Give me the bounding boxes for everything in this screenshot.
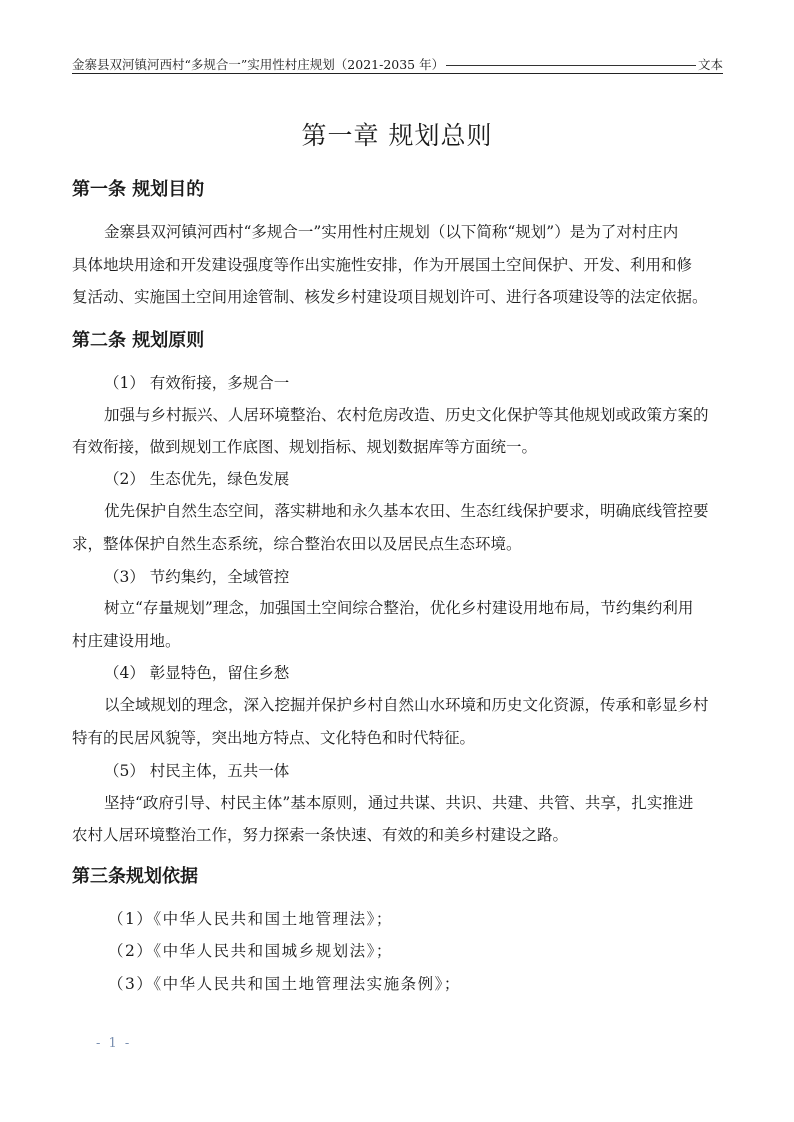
reference-item-1: （1）《中华人民共和国土地管理法》； <box>108 908 393 930</box>
article-1-heading: 第一条 规划目的 <box>72 178 204 202</box>
principle-3-line-2: 村庄建设用地。 <box>72 630 181 652</box>
running-header: 金寨县双河镇河西村“多规合一”实用性村庄规划（2021-2035 年） 文本 <box>72 56 723 74</box>
article-1-line-3: 复活动、实施国土空间用途管制、核发乡村建设项目规划许可、进行各项建设等的法定依据… <box>72 286 708 308</box>
principle-2-label: （2） 生态优先，绿色发展 <box>104 468 289 490</box>
principle-1-label: （1） 有效衔接，多规合一 <box>104 372 289 394</box>
header-leader-line <box>446 56 696 73</box>
article-1-line-1: 金寨县双河镇河西村“多规合一”实用性村庄规划（以下简称“规划”）是为了对村庄内 <box>104 221 678 243</box>
article-3-heading: 第三条规划依据 <box>72 865 198 889</box>
principle-1-line-2: 有效衔接，做到规划工作底图、规划指标、规划数据库等方面统一。 <box>72 436 537 458</box>
principle-2-line-1: 优先保护自然生态空间，落实耕地和永久基本农田、生态红线保护要求，明确底线管控要 <box>104 500 709 522</box>
header-doc-type: 文本 <box>698 56 723 73</box>
chapter-title: 第一章 规划总则 <box>0 116 794 152</box>
principle-5-line-1: 坚持“政府引导、村民主体”基本原则，通过共谋、共识、共建、共管、共享，扎实推进 <box>104 792 693 814</box>
principle-5-line-2: 农村人居环境整治工作，努力探索一条快速、有效的和美乡村建设之路。 <box>72 824 568 846</box>
principle-3-line-1: 树立“存量规划”理念，加强国土空间综合整治，优化乡村建设用地布局，节约集约利用 <box>104 597 693 619</box>
header-title: 金寨县双河镇河西村“多规合一”实用性村庄规划（2021-2035 年） <box>72 56 444 73</box>
reference-item-3: （3）《中华人民共和国土地管理法实施条例》； <box>108 973 461 995</box>
page-number: - 1 - <box>96 1036 131 1051</box>
article-1-line-2: 具体地块用途和开发建设强度等作出实施性安排，作为开展国土空间保护、开发、利用和修 <box>72 254 692 276</box>
principle-5-label: （5） 村民主体，五共一体 <box>104 760 289 782</box>
article-2-heading: 第二条 规划原则 <box>72 329 204 353</box>
principle-4-label: （4） 彰显特色，留住乡愁 <box>104 662 289 684</box>
principle-4-line-2: 特有的民居风貌等，突出地方特点、文化特色和时代特征。 <box>72 727 475 749</box>
principle-1-line-1: 加强与乡村振兴、人居环境整治、农村危房改造、历史文化保护等其他规划或政策方案的 <box>104 404 709 426</box>
principle-2-line-2: 求，整体保护自然生态系统，综合整治农田以及居民点生态环境。 <box>72 533 522 555</box>
reference-item-2: （2）《中华人民共和国城乡规划法》； <box>108 940 393 962</box>
principle-3-label: （3） 节约集约，全域管控 <box>104 566 289 588</box>
principle-4-line-1: 以全域规划的理念，深入挖掘并保护乡村自然山水环境和历史文化资源，传承和彰显乡村 <box>104 694 709 716</box>
